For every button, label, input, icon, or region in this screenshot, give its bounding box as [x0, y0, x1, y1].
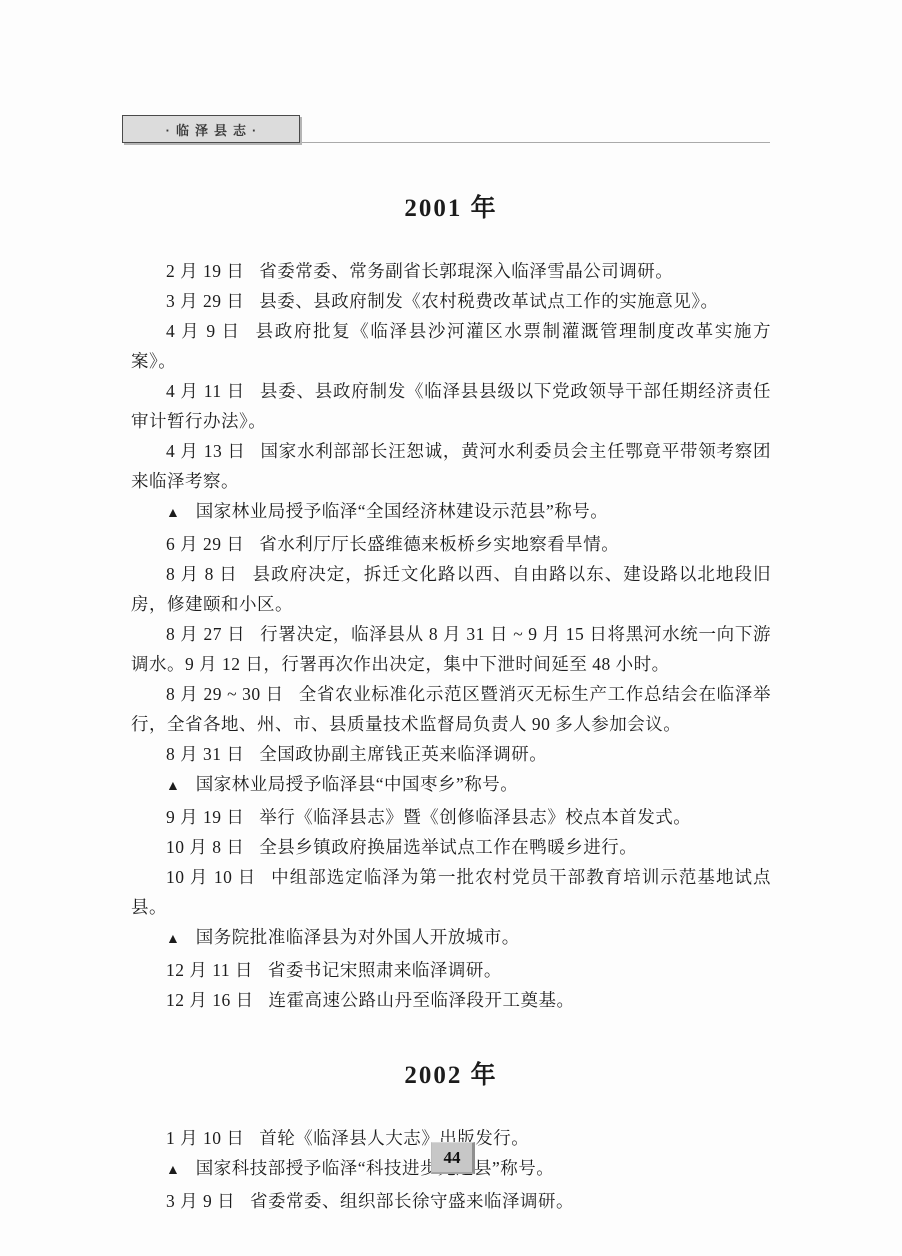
entry-date: 8 月 31 日: [166, 744, 244, 764]
entry-date: 1 月 10 日: [166, 1128, 244, 1148]
year-title: 2002 年: [131, 1059, 771, 1093]
entry-date: 6 月 29 日: [166, 534, 244, 554]
chronicle-entry: 4 月 11 日县委、县政府制发《临泽县县级以下党政领导干部任期经济责任审计暂行…: [131, 376, 771, 436]
chronicle-entry: 8 月 8 日县政府决定，拆迁文化路以西、自由路以东、建设路以北地段旧房，修建颐…: [131, 559, 771, 619]
chronicle-entry: 8 月 27 日行署决定，临泽县从 8 月 31 日 ~ 9 月 15 日将黑河…: [131, 619, 771, 679]
chronicle-entry: 4 月 9 日县政府批复《临泽县沙河灌区水票制灌溉管理制度改革实施方案》。: [131, 316, 771, 376]
entry-date: 10 月 10 日: [166, 867, 256, 887]
entry-date: 8 月 27 日: [166, 624, 245, 644]
header-badge: ·临泽县志·: [122, 115, 300, 143]
chronicle-entry: 2 月 19 日省委常委、常务副省长郭琨深入临泽雪晶公司调研。: [131, 256, 771, 286]
triangle-marker-icon: ▲: [166, 779, 180, 794]
header-badge-label: ·临泽县志·: [160, 120, 263, 139]
chronicle-entry: 4 月 13 日国家水利部部长汪恕诚，黄河水利委员会主任鄂竟平带领考察团来临泽考…: [131, 436, 771, 496]
chronicle-entry: 3 月 9 日省委常委、组织部长徐守盛来临泽调研。: [131, 1186, 771, 1216]
entry-date: 2 月 19 日: [166, 261, 244, 281]
entry-date: 3 月 29 日: [166, 291, 244, 311]
chronicle-entry-marked: ▲国务院批准临泽县为对外国人开放城市。: [131, 922, 771, 955]
entry-text: 省委书记宋照肃来临泽调研。: [268, 960, 502, 980]
entry-date: 4 月 9 日: [166, 321, 241, 341]
page-number-plate: 44: [431, 1142, 475, 1174]
chronicle-entry-marked: ▲国家林业局授予临泽县“中国枣乡”称号。: [131, 769, 771, 802]
chronicle-entry: 3 月 29 日县委、县政府制发《农村税费改革试点工作的实施意见》。: [131, 286, 771, 316]
entry-date: 12 月 11 日: [166, 960, 253, 980]
chronicle-content: 2001 年2 月 19 日省委常委、常务副省长郭琨深入临泽雪晶公司调研。3 月…: [131, 192, 771, 1216]
entry-text: 国家林业局授予临泽“全国经济林建设示范县”称号。: [196, 501, 609, 521]
entry-text: 举行《临泽县志》暨《创修临泽县志》校点本首发式。: [259, 807, 691, 827]
entry-text: 省委常委、常务副省长郭琨深入临泽雪晶公司调研。: [259, 261, 673, 281]
entry-date: 8 月 8 日: [166, 564, 238, 584]
entry-date: 10 月 8 日: [166, 837, 244, 857]
chronicle-entry: 12 月 11 日省委书记宋照肃来临泽调研。: [131, 955, 771, 985]
entry-text: 国家林业局授予临泽县“中国枣乡”称号。: [196, 774, 519, 794]
triangle-marker-icon: ▲: [166, 932, 180, 947]
entry-date: 4 月 13 日: [166, 441, 246, 461]
chronicle-entry: 10 月 10 日中组部选定临泽为第一批农村党员干部教育培训示范基地试点县。: [131, 862, 771, 922]
chronicle-entry: 8 月 31 日全国政协副主席钱正英来临泽调研。: [131, 739, 771, 769]
entry-text: 省委常委、组织部长徐守盛来临泽调研。: [250, 1191, 574, 1211]
entry-date: 4 月 11 日: [166, 381, 245, 401]
entry-date: 9 月 19 日: [166, 807, 244, 827]
entry-text: 首轮《临泽县人大志》出版发行。: [259, 1128, 529, 1148]
entry-text: 全县乡镇政府换届选举试点工作在鸭暖乡进行。: [259, 837, 637, 857]
triangle-marker-icon: ▲: [166, 1163, 180, 1178]
entry-date: 8 月 29 ~ 30 日: [166, 684, 284, 704]
chronicle-entry: 9 月 19 日举行《临泽县志》暨《创修临泽县志》校点本首发式。: [131, 802, 771, 832]
year-title: 2001 年: [131, 192, 771, 226]
entry-text: 连霍高速公路山丹至临泽段开工奠基。: [269, 990, 575, 1010]
chronicle-entry: 10 月 8 日全县乡镇政府换届选举试点工作在鸭暖乡进行。: [131, 832, 771, 862]
chronicle-entry: 6 月 29 日省水利厅厅长盛维德来板桥乡实地察看旱情。: [131, 529, 771, 559]
triangle-marker-icon: ▲: [166, 506, 180, 521]
entry-text: 国务院批准临泽县为对外国人开放城市。: [196, 927, 520, 947]
entry-text: 全国政协副主席钱正英来临泽调研。: [259, 744, 547, 764]
entry-text: 省水利厅厅长盛维德来板桥乡实地察看旱情。: [259, 534, 619, 554]
chronicle-entry: 8 月 29 ~ 30 日全省农业标准化示范区暨消灭无标生产工作总结会在临泽举行…: [131, 679, 771, 739]
page-number: 44: [444, 1148, 461, 1168]
entry-text: 国家科技部授予临泽“科技进步先进县”称号。: [196, 1158, 555, 1178]
document-page: ·临泽县志· 2001 年2 月 19 日省委常委、常务副省长郭琨深入临泽雪晶公…: [0, 0, 902, 1256]
chronicle-entry: 12 月 16 日连霍高速公路山丹至临泽段开工奠基。: [131, 985, 771, 1015]
entry-date: 12 月 16 日: [166, 990, 254, 1010]
entry-text: 县委、县政府制发《农村税费改革试点工作的实施意见》。: [259, 291, 718, 311]
chronicle-entry-marked: ▲国家林业局授予临泽“全国经济林建设示范县”称号。: [131, 496, 771, 529]
entry-date: 3 月 9 日: [166, 1191, 235, 1211]
